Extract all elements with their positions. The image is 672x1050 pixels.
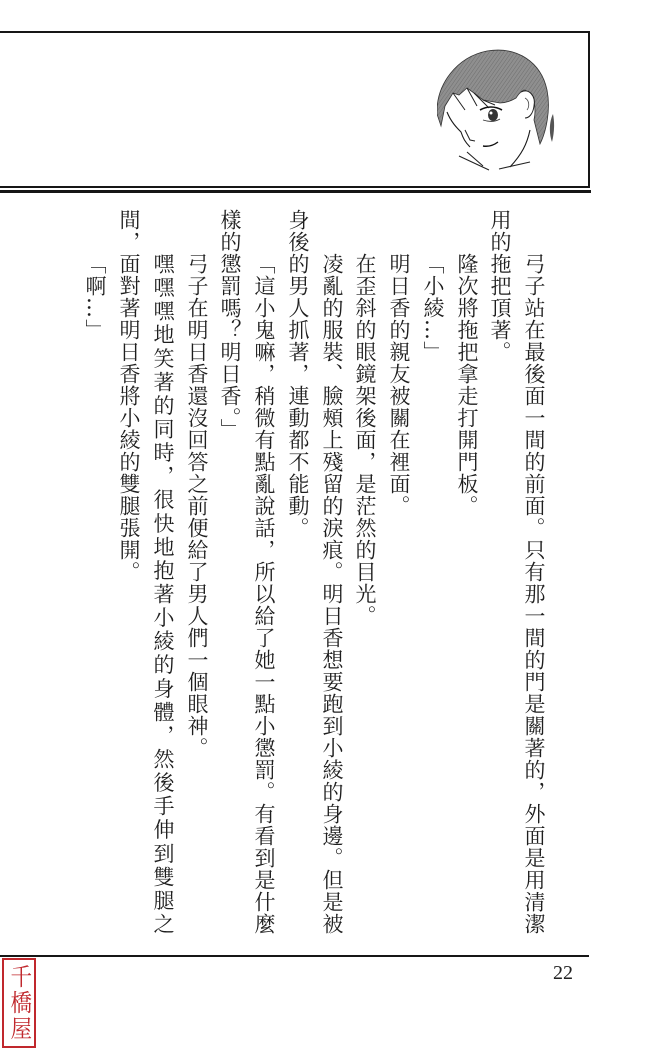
text-column: 用的拖把頂著。 xyxy=(488,209,512,935)
text-column: 身後的男人抓著，連動都不能動。 xyxy=(286,209,310,935)
header-frame-right-rule xyxy=(588,31,590,188)
character-portrait xyxy=(437,48,561,176)
seal-stamp-text: 千橋屋 xyxy=(6,964,31,1042)
text-column: 「這小鬼嘛，稍微有點亂說話，所以給了她一點小懲罰。有看到是什麼 xyxy=(252,209,276,935)
footer-rule xyxy=(0,955,589,957)
text-column: 弓子站在最後面一間的前面。只有那一間的門是關著的，外面是用清潔 xyxy=(522,209,546,935)
text-column: 隆次將拖把拿走打開門板。 xyxy=(455,209,479,935)
text-column: 「啊…」 xyxy=(83,209,107,935)
text-column: 在歪斜的眼鏡架後面，是茫然的目光。 xyxy=(353,209,377,935)
text-column: 樣的懲罰嗎？明日香。」 xyxy=(218,209,242,935)
text-column: 明日香的親友被關在裡面。 xyxy=(387,209,411,935)
page-number: 22 xyxy=(553,962,573,985)
text-column: 凌亂的服裝、臉頰上殘留的淚痕。明日香想要跑到小綾的身邊。但是被 xyxy=(320,209,344,935)
header-frame-top-rule xyxy=(0,31,590,33)
header-frame-bottom-rule xyxy=(0,186,590,188)
text-column: 「小綾…」 xyxy=(421,209,445,935)
text-column: 嘿嘿嘿地笑著的同時，很快地抱著小綾的身體，然後手伸到雙腿之 xyxy=(151,209,175,935)
header-double-rule xyxy=(0,190,591,193)
text-column: 間，面對著明日香將小綾的雙腿張開。 xyxy=(117,209,141,935)
seal-stamp: 千橋屋 xyxy=(2,958,36,1048)
text-column: 弓子在明日香還沒回答之前便給了男人們一個眼神。 xyxy=(185,209,209,935)
